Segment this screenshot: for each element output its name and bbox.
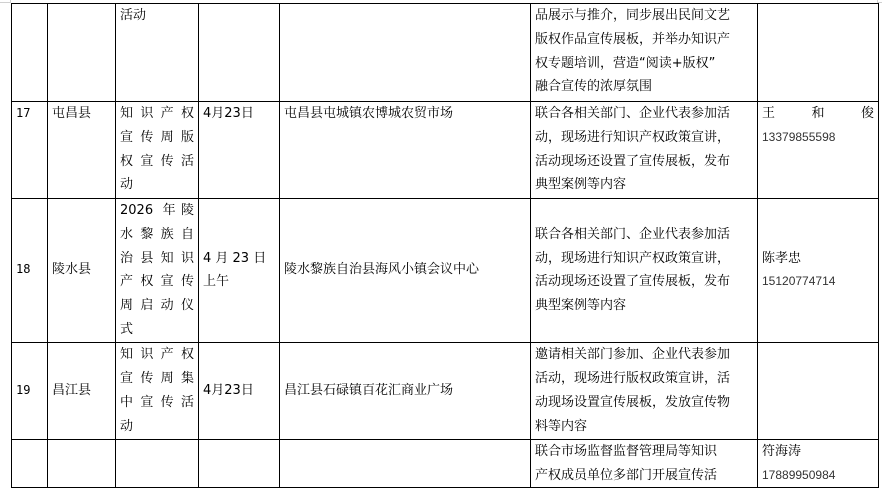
cell-contact: 王和俊 13379855598 xyxy=(758,102,879,199)
cell-time: 4 月 23 日 上午 xyxy=(199,199,280,343)
cell-contact xyxy=(758,342,879,439)
table-row: 19 昌江县 知识产权 宣传周集 中宣传活 动 4月23日 昌江县石碌镇百花汇商… xyxy=(12,342,879,439)
cell-content: 邀请相关部门参加、企业代表参加 活动，现场进行版权政策宣讲，活 动现场设置宣传展… xyxy=(531,342,758,439)
content-line: 料等内容 xyxy=(535,415,753,439)
table-row: 联合市场监督监督管理局等知识 产权成员单位多部门开展宣传活 符海涛 178899… xyxy=(12,439,879,488)
activity-name-line: 知识产权 xyxy=(120,343,194,367)
content-line: 产权成员单位多部门开展宣传活 xyxy=(535,464,753,488)
cell-time xyxy=(199,439,280,488)
table-row: 17 屯昌县 知识产权 宣传周版 权宣传活 动 4月23日 屯昌县屯城镇农博城农… xyxy=(12,102,879,199)
contact-name: 王和俊 xyxy=(762,102,874,126)
table-row: 活动 品展示与推介，同步展出民间文艺 版权作品宣传展板，并举办知识产 权专题培训… xyxy=(12,4,879,102)
cell-venue xyxy=(280,4,531,102)
activity-name-line: 宣传周版 xyxy=(120,126,194,150)
activity-name-line: 2026 年陵 xyxy=(120,199,194,223)
cell-county xyxy=(48,4,116,102)
content-line: 联合各相关部门、企业代表参加活 xyxy=(535,223,753,247)
cell-time: 4月23日 xyxy=(199,102,280,199)
cell-content: 联合各相关部门、企业代表参加活 动，现场进行知识产权政策宣讲， 活动现场还设置了… xyxy=(531,102,758,199)
cell-activity-name: 活动 xyxy=(116,4,199,102)
time-line: 上午 xyxy=(203,270,275,294)
cell-activity-name: 2026 年陵 水黎族自 治县知识 产权宣传 周启动仪 式 xyxy=(116,199,199,343)
content-line: 品展示与推介，同步展出民间文艺 xyxy=(535,4,753,28)
cell-venue: 屯昌县屯城镇农博城农贸市场 xyxy=(280,102,531,199)
content-line: 动现场设置宣传展板，发放宣传物 xyxy=(535,391,753,415)
activity-name-line: 动 xyxy=(120,415,194,439)
cell-activity-name xyxy=(116,439,199,488)
time-line: 4月23日 xyxy=(203,379,275,403)
cell-activity-name: 知识产权 宣传周集 中宣传活 动 xyxy=(116,342,199,439)
content-line: 活动现场还设置了宣传展板，发布 xyxy=(535,270,753,294)
cell-venue xyxy=(280,439,531,488)
cell-no: 18 xyxy=(12,199,48,343)
contact-phone: 17889950984 xyxy=(762,464,874,488)
activity-name-line: 知识产权 xyxy=(120,102,194,126)
time-line: 4 月 23 日 xyxy=(203,247,275,271)
cell-content: 联合各相关部门、企业代表参加活 动，现场进行知识产权政策宣讲， 活动现场还设置了… xyxy=(531,199,758,343)
cell-no: 19 xyxy=(12,342,48,439)
cell-content: 联合市场监督监督管理局等知识 产权成员单位多部门开展宣传活 xyxy=(531,439,758,488)
cell-county xyxy=(48,439,116,488)
activity-name-line: 式 xyxy=(120,318,194,342)
cell-venue: 昌江县石碌镇百花汇商业广场 xyxy=(280,342,531,439)
content-line: 动，现场进行知识产权政策宣讲， xyxy=(535,247,753,271)
activity-name-line: 水黎族自 xyxy=(120,223,194,247)
cell-time: 4月23日 xyxy=(199,342,280,439)
contact-phone: 13379855598 xyxy=(762,126,874,150)
activity-name-line: 权宣传活 xyxy=(120,150,194,174)
cell-activity-name: 知识产权 宣传周版 权宣传活 动 xyxy=(116,102,199,199)
page-corner-mark xyxy=(0,0,11,3)
activity-name-line: 中宣传活 xyxy=(120,391,194,415)
cell-no xyxy=(12,439,48,488)
content-line: 联合各相关部门、企业代表参加活 xyxy=(535,102,753,126)
contact-name: 陈孝忠 xyxy=(762,247,874,271)
content-line: 联合市场监督监督管理局等知识 xyxy=(535,440,753,464)
activity-name-line: 治县知识 xyxy=(120,247,194,271)
cell-time xyxy=(199,4,280,102)
cell-no: 17 xyxy=(12,102,48,199)
time-line: 4月23日 xyxy=(203,102,275,126)
content-line: 融合宣传的浓厚氛围 xyxy=(535,75,753,99)
cell-no xyxy=(12,4,48,102)
cell-county: 昌江县 xyxy=(48,342,116,439)
cell-contact xyxy=(758,4,879,102)
activity-name-line: 产权宣传 xyxy=(120,270,194,294)
contact-name: 符海涛 xyxy=(762,440,874,464)
activity-schedule-table: 活动 品展示与推介，同步展出民间文艺 版权作品宣传展板，并举办知识产 权专题培训… xyxy=(11,3,879,488)
cell-contact: 符海涛 17889950984 xyxy=(758,439,879,488)
contact-phone: 15120774714 xyxy=(762,270,874,294)
activity-name-line: 周启动仪 xyxy=(120,294,194,318)
content-line: 典型案例等内容 xyxy=(535,173,753,197)
cell-contact: 陈孝忠 15120774714 xyxy=(758,199,879,343)
content-line: 活动现场还设置了宣传展板，发布 xyxy=(535,150,753,174)
content-line: 动，现场进行知识产权政策宣讲， xyxy=(535,126,753,150)
content-line: 版权作品宣传展板，并举办知识产 xyxy=(535,28,753,52)
content-line: 邀请相关部门参加、企业代表参加 xyxy=(535,343,753,367)
content-line: 活动，现场进行版权政策宣讲，活 xyxy=(535,367,753,391)
cell-county: 陵水县 xyxy=(48,199,116,343)
document-page: 活动 品展示与推介，同步展出民间文艺 版权作品宣传展板，并举办知识产 权专题培训… xyxy=(0,0,882,496)
cell-venue: 陵水黎族自治县海风小镇会议中心 xyxy=(280,199,531,343)
cell-county: 屯昌县 xyxy=(48,102,116,199)
activity-name-line: 宣传周集 xyxy=(120,367,194,391)
activity-name-line: 活动 xyxy=(120,4,194,28)
content-line: 权专题培训，营造“阅读+版权” xyxy=(535,52,753,76)
table-row: 18 陵水县 2026 年陵 水黎族自 治县知识 产权宣传 周启动仪 式 4 月… xyxy=(12,199,879,343)
content-line: 典型案例等内容 xyxy=(535,294,753,318)
cell-content: 品展示与推介，同步展出民间文艺 版权作品宣传展板，并举办知识产 权专题培训，营造… xyxy=(531,4,758,102)
activity-name-line: 动 xyxy=(120,173,194,197)
